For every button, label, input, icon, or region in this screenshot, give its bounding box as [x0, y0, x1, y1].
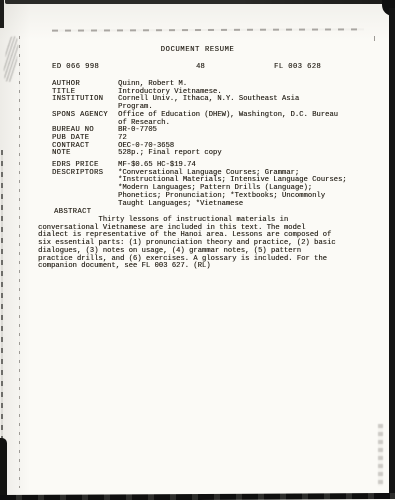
accession-number-row: ED 066 998 48 FL 003 628	[0, 64, 395, 72]
field-label: NOTE	[52, 150, 118, 158]
stray-tick-mark	[374, 36, 375, 41]
field-value: *Conversational Language Courses; Gramma…	[118, 170, 366, 209]
scanned-document-page: DOCUMENT RESUME ED 066 998 48 FL 003 628…	[0, 0, 395, 500]
document-resume-title: DOCUMENT RESUME	[0, 47, 395, 55]
field-label: SPONS AGENCY	[52, 112, 118, 120]
faint-margin-marking	[378, 424, 383, 486]
field-label: DESCRIPTORS	[52, 170, 118, 178]
scan-edge-bottom	[0, 493, 395, 500]
binding-dotted-line	[19, 36, 20, 488]
catalog-fields-block: AUTHOR Quinn, Robert M. TITLE Introducto…	[52, 81, 366, 158]
field-row-institution: INSTITUTION Cornell Univ., Ithaca, N.Y. …	[52, 96, 366, 111]
fl-clearinghouse-accession-number: FL 003 628	[274, 64, 321, 72]
pricing-descriptors-block: EDRS PRICE MF-$0.65 HC-$19.74 DESCRIPTOR…	[52, 162, 366, 208]
abstract-body: Thirty lessons of instructional material…	[38, 217, 358, 271]
field-value: BR-0-7705	[118, 127, 366, 135]
clearinghouse-number: 48	[196, 64, 205, 72]
scan-edge-top	[5, 0, 395, 4]
pencil-smudge	[2, 35, 20, 82]
scan-edge-left-bottom	[0, 438, 7, 495]
field-row-pub-date: PUB DATE 72	[52, 135, 366, 143]
scan-edge-left-middle	[1, 150, 3, 440]
field-row-note: NOTE 528p.; Final report copy	[52, 150, 366, 158]
field-value: 528p.; Final report copy	[118, 150, 366, 158]
field-label: INSTITUTION	[52, 96, 118, 104]
scan-scratch-line	[52, 28, 364, 31]
scan-edge-right	[389, 8, 395, 497]
field-value: Cornell Univ., Ithaca, N.Y. Southeast As…	[118, 96, 366, 111]
scan-edge-left-top	[0, 0, 4, 28]
ed-accession-number: ED 066 998	[52, 64, 99, 72]
field-value: Office of Education (DHEW), Washington, …	[118, 112, 366, 127]
field-row-bureau-no: BUREAU NO BR-0-7705	[52, 127, 366, 135]
field-row-descriptors: DESCRIPTORS *Conversational Language Cou…	[52, 170, 366, 209]
field-row-spons-agency: SPONS AGENCY Office of Education (DHEW),…	[52, 112, 366, 127]
